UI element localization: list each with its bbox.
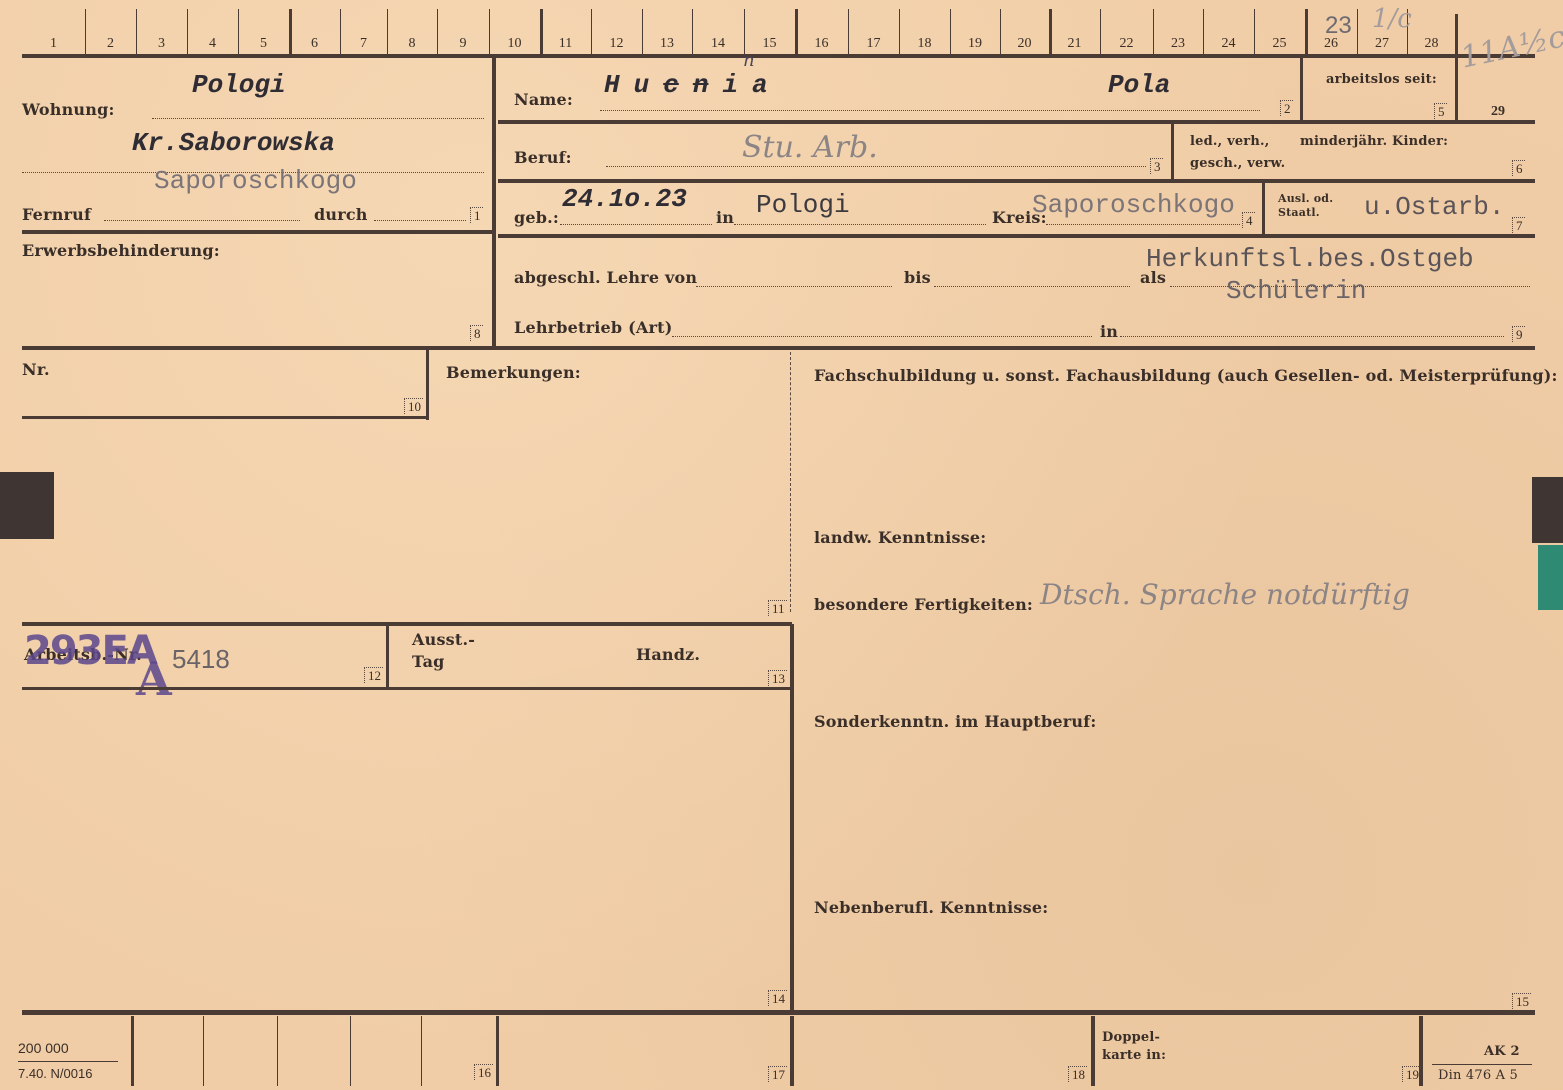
label-staatl-1: Ausl. od. (1278, 192, 1333, 205)
field-number-18: 18 (1068, 1066, 1087, 1082)
geb-date-value: 24.1o.23 (562, 184, 687, 214)
ruler-number: 16 (807, 36, 837, 52)
durch-line[interactable] (374, 220, 466, 221)
stamp-letter-a: A (136, 652, 172, 706)
bottom-divider (277, 1016, 278, 1086)
ruler-number: 4 (198, 36, 228, 52)
besondere-value: Dtsch. Sprache notdürftig (1040, 578, 1410, 611)
ruler-tick (387, 9, 388, 54)
field-number-7: 7 (1512, 217, 1525, 233)
ruler-number: 28 (1417, 36, 1447, 52)
ruler-number: 5 (249, 36, 279, 52)
surname-value: Hucnia (604, 70, 782, 100)
field-number-11: 11 (768, 600, 787, 616)
ruler-number: 3 (147, 36, 177, 52)
ruler-number: 10 (500, 36, 530, 52)
beruf-line[interactable] (606, 166, 1146, 167)
pencil-note-top: 23 (1325, 12, 1352, 40)
ruler-tick (85, 9, 86, 54)
label-durch: durch (314, 205, 368, 224)
ruler-number: 14 (703, 36, 733, 52)
surname-letter: H (604, 70, 620, 100)
lehrbetrieb-line[interactable] (672, 336, 1092, 337)
geb-line[interactable] (560, 224, 712, 225)
kreis-line[interactable] (1046, 224, 1240, 225)
label-kinder: minderjähr. Kinder: (1300, 134, 1448, 149)
label-geb-in: in (716, 208, 734, 227)
divider-v-staatl (1262, 183, 1265, 235)
label-landw: landw. Kenntnisse: (814, 528, 986, 547)
ruler-tick (795, 9, 798, 54)
divider-h-arbeitsbuch-bottom (22, 687, 792, 690)
field-number-9: 9 (1512, 326, 1525, 342)
label-sonderkenntn: Sonderkenntn. im Hauptberuf: (814, 712, 1096, 731)
label-familienstand-1[interactable]: led., verh., (1190, 134, 1269, 149)
ruler-tick (1305, 9, 1308, 54)
label-ausst-1: Ausst.- (412, 630, 475, 649)
ruler-tick (238, 9, 239, 54)
ruler-tick (136, 9, 137, 54)
field-number-15: 15 (1512, 993, 1531, 1009)
geb-in-line[interactable] (734, 224, 986, 225)
bottom-divider (1091, 1016, 1095, 1086)
divider-v-nr (426, 350, 429, 420)
ruler-tick (950, 9, 951, 54)
print-run-rule (18, 1061, 118, 1062)
ruler-number: 11 (551, 36, 581, 52)
fernruf-line[interactable] (104, 220, 300, 221)
bottom-divider (131, 1016, 134, 1086)
divider-v-dashed (790, 352, 791, 612)
divider-v-familienstand (1171, 124, 1174, 180)
label-erwerbsbehinderung: Erwerbsbehinderung: (22, 241, 220, 260)
label-lehrbetrieb: Lehrbetrieb (Art) (514, 318, 672, 337)
ruler-number: 7 (349, 36, 379, 52)
label-geb: geb.: (514, 208, 559, 227)
label-fachschulbildung: Fachschulbildung u. sonst. Fachausbildun… (814, 366, 1558, 385)
divider-h-geb (498, 234, 1535, 238)
ruler-tick (1153, 9, 1154, 54)
ruler-number: 25 (1265, 36, 1295, 52)
label-staatl-2: Staatl. (1278, 206, 1320, 219)
ruler-tick (540, 9, 543, 54)
divider-h-section (22, 346, 1535, 350)
ruler-number: 19 (960, 36, 990, 52)
first-name-value: Pola (1108, 70, 1170, 100)
surname-correction: n (743, 50, 755, 71)
divider-h-nr (22, 416, 428, 419)
bottom-divider (350, 1016, 351, 1086)
tab-mark-right-top (1532, 477, 1563, 543)
ruler-number: 9 (448, 36, 478, 52)
surname-letter: i (722, 70, 738, 100)
print-run: 200 000 (18, 1040, 69, 1056)
label-besondere: besondere Fertigkeiten: (814, 595, 1033, 614)
staatl-value: u.Ostarb. (1364, 192, 1504, 222)
bottom-divider (421, 1016, 422, 1086)
ruler-number: 21 (1060, 36, 1090, 52)
ruler-number: 24 (1214, 36, 1244, 52)
ruler-number: 17 (859, 36, 889, 52)
field-number-16: 16 (474, 1064, 493, 1080)
surname-letter: n (693, 70, 709, 100)
surname-letter: u (634, 70, 650, 100)
ruler-tick (340, 9, 341, 54)
ruler-number: 6 (300, 36, 330, 52)
name-line[interactable] (600, 110, 1260, 111)
ruler-tick (289, 9, 292, 54)
label-nr: Nr. (22, 360, 50, 379)
ruler-number: 12 (602, 36, 632, 52)
lehrbetrieb-in-line[interactable] (1120, 336, 1504, 337)
ruler-tick (848, 9, 849, 54)
pencil-note-top-2: 1/c (1372, 4, 1412, 34)
herkunft-value: Herkunftsl.bes.Ostgeb (1146, 244, 1474, 274)
ruler-number: 27 (1367, 36, 1397, 52)
field-number-17: 17 (768, 1066, 787, 1082)
divider-v-lower (790, 624, 794, 1012)
field-number-10: 10 (404, 398, 423, 414)
tab-mark-right-bottom (1538, 545, 1563, 610)
ruler-tick (692, 9, 693, 54)
divider-h-wohnung (22, 230, 494, 234)
label-beruf: Beruf: (514, 148, 572, 167)
print-code: 7.40. N/0016 (18, 1066, 92, 1081)
wohnung-value-2: Kr.Saborowska (132, 128, 335, 158)
divider-v-main (492, 58, 496, 350)
divider-v-arbeitslos (1300, 58, 1303, 120)
ruler-tick (187, 9, 188, 54)
ruler-tick (489, 9, 490, 54)
divider-h-bottom (22, 1010, 1535, 1015)
bis-line[interactable] (934, 286, 1130, 287)
wohnung-value-1: Pologi (192, 70, 286, 100)
geb-place-value: Pologi (756, 190, 850, 220)
ruler-tick (1203, 9, 1204, 54)
ruler-tick (744, 9, 745, 54)
field-number-5: 5 (1434, 103, 1447, 119)
pencil-note-corner: 11A½c (1458, 19, 1563, 75)
field-number-29: 29 (1483, 104, 1513, 120)
field-number-13: 13 (768, 670, 787, 686)
ruler-tick (642, 9, 643, 54)
ruler-baseline (22, 54, 1535, 58)
surname-letter: a (752, 70, 768, 100)
ruler-number: 8 (397, 36, 427, 52)
ruler-number: 18 (910, 36, 940, 52)
form-id: AK 2 (1484, 1044, 1520, 1059)
label-arbeitslos-seit: arbeitslos seit: (1326, 72, 1437, 87)
field-number-1: 1 (470, 207, 483, 223)
field-number-6: 6 (1512, 160, 1525, 176)
field-number-12: 12 (364, 667, 383, 683)
din-label: Din 476 A 5 (1438, 1068, 1518, 1083)
label-nebenberufl: Nebenberufl. Kenntnisse: (814, 898, 1048, 917)
surname-letter: c (663, 70, 679, 100)
ruler-number: 1 (39, 36, 69, 52)
wohnung-line-1[interactable] (152, 118, 484, 119)
label-bis: bis (904, 268, 931, 287)
ruler-number: 2 (96, 36, 126, 52)
divider-h-beruf (498, 179, 1535, 183)
ruler-tick (1049, 9, 1052, 54)
als-value: Schülerin (1226, 276, 1366, 306)
label-doppelkarte-1: Doppel- (1102, 1030, 1160, 1045)
ruler-number: 23 (1163, 36, 1193, 52)
bottom-divider (203, 1016, 204, 1086)
field-number-2: 2 (1280, 100, 1293, 116)
ruler-tick (591, 9, 592, 54)
ruler-number: 15 (755, 36, 785, 52)
label-lehre-von: abgeschl. Lehre von (514, 268, 697, 287)
ruler-number: 13 (652, 36, 682, 52)
ruler-tick (899, 9, 900, 54)
label-fernruf: Fernruf (22, 205, 91, 224)
field-number-3: 3 (1150, 158, 1163, 174)
beruf-value: Stu. Arb. (742, 130, 878, 165)
label-bemerkungen: Bemerkungen: (446, 363, 581, 382)
arbeitsbuch-nr-value: 5418 (172, 644, 230, 675)
ruler-tick (1357, 9, 1358, 54)
bottom-divider (496, 1016, 499, 1086)
tab-mark-left (0, 472, 54, 539)
label-ausst-2: Tag (412, 652, 445, 671)
divider-h-arbeitsbuch-top (22, 622, 792, 626)
label-lehrbetrieb-in: in (1100, 322, 1118, 341)
ruler-tick (1100, 9, 1101, 54)
field-number-14: 14 (768, 990, 787, 1006)
ruler-tick (1000, 9, 1001, 54)
ruler-number: 20 (1010, 36, 1040, 52)
ruler-tick (1254, 9, 1255, 54)
divider-v-ausst (386, 626, 389, 688)
bottom-divider (790, 1016, 794, 1086)
divider-v-corner (1455, 14, 1458, 122)
label-familienstand-2[interactable]: gesch., verw. (1190, 156, 1285, 171)
lehre-von-line[interactable] (696, 286, 892, 287)
field-number-8: 8 (470, 325, 483, 341)
label-handz: Handz. (636, 645, 700, 664)
divider-h-name (498, 120, 1535, 124)
wohnung-value-3: Saporoschkogo (154, 166, 357, 196)
kreis-value: Saporoschkogo (1032, 190, 1235, 220)
field-number-19: 19 (1402, 1066, 1421, 1082)
form-id-rule (1432, 1064, 1532, 1065)
ruler-number: 22 (1112, 36, 1142, 52)
field-number-4: 4 (1242, 212, 1255, 228)
label-name: Name: (514, 90, 573, 109)
ruler-tick (437, 9, 438, 54)
label-wohnung: Wohnung: (22, 100, 115, 119)
label-doppelkarte-2: karte in: (1102, 1048, 1166, 1063)
